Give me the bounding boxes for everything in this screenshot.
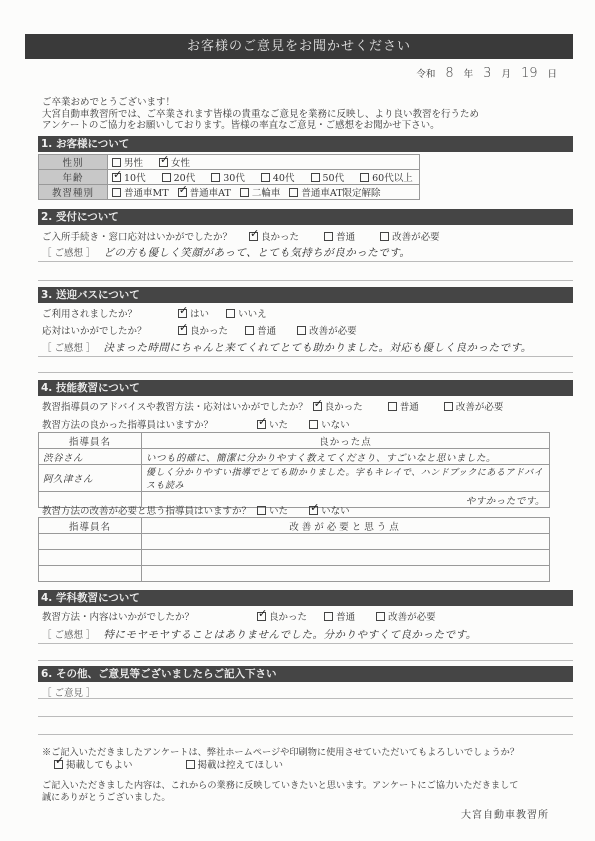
option-label: 良かった [190, 326, 228, 337]
question-text: ご入所手続き・窓口応対はいかがでしたか？ [42, 232, 232, 243]
age-50s-option[interactable]: 50代 [311, 170, 345, 184]
course-motorcycle-option[interactable]: 二輪車 [240, 185, 281, 199]
col-improve-points: 改善が必要と思う点 [142, 518, 550, 534]
option-label: はい [190, 309, 209, 320]
option-label: いない [321, 420, 350, 431]
closing-text: ご記入いただきました内容は、これからの業務に反映していきたいと思います。アンケー… [42, 780, 518, 804]
checkbox-checked[interactable] [178, 188, 187, 197]
good-point-cell[interactable]: いつも的確に、簡潔に分かりやすく教えてくださり、すごいなと思いました。 [142, 449, 550, 465]
question-text: 教習方法の改善が必要と思う指導員はいますか？ [42, 503, 254, 517]
option-label: 二輪車 [252, 188, 281, 199]
instructor-good-option[interactable]: 良かった [313, 399, 363, 413]
course-at-option[interactable]: 普通車AT [178, 185, 231, 199]
age-30s-option[interactable]: 30代 [211, 170, 245, 184]
table-row: 阿久津さん 優しく分かりやすい指導でとても助かりました。字もキレイで、ハンドブッ… [39, 465, 550, 492]
reception-comment[interactable]: ［ ご感想 ］ どの方も優しく笑顔があって、とても気持ちが良かったです。 [42, 245, 410, 260]
comment-line [38, 261, 573, 262]
good-instructor-yes-option[interactable]: いた [257, 417, 288, 431]
date-day[interactable]: 19 [515, 66, 544, 81]
checkbox[interactable] [257, 506, 266, 515]
checkbox[interactable] [186, 760, 195, 769]
checkbox-checked[interactable] [257, 612, 266, 621]
comment-line [38, 372, 573, 373]
publish-decline-option[interactable]: 掲載は控えてほしい [186, 760, 284, 772]
bus-usage-question: ご利用されましたか？ はい いいえ [42, 306, 280, 320]
checkbox[interactable] [245, 326, 254, 335]
checkbox[interactable] [309, 420, 318, 429]
option-label: 改善が必要 [392, 232, 440, 243]
question-text: 教習方法・内容はいかがでしたか？ [42, 609, 254, 623]
comment-handwritten: 特にモヤモヤすることはありませんでした。分かりやすくて良かったです。 [104, 627, 477, 642]
question-text: 教習指導員のアドバイスや教習方法・応対はいかがでしたか？ [42, 402, 308, 413]
classroom-question: 教習方法・内容はいかがでしたか？ 良かった 普通 改善が必要 [42, 609, 449, 623]
option-label: 改善が必要 [309, 326, 357, 337]
classroom-good-option[interactable]: 良かった [257, 609, 307, 623]
option-label: 改善が必要 [388, 612, 436, 623]
date-year[interactable]: 8 [439, 66, 459, 81]
checkbox-checked[interactable] [249, 232, 258, 241]
col-instructor-name: 指導員名 [39, 433, 142, 449]
table-header-row: 指導員名 良かった点 [39, 433, 550, 449]
publish-consent-question: ※ご記入いただきましたアンケートは、弊社ホームページや印刷物に使用させていただい… [42, 747, 519, 759]
option-label: いた [269, 420, 288, 431]
bus-comment[interactable]: ［ ご感想 ］ 決まった時間にちゃんと来てくれてとても助かりました。対応も優しく… [42, 340, 532, 355]
instructor-name-cell[interactable] [39, 550, 142, 566]
option-label: 普通車MT [124, 188, 169, 199]
course-type-label: 教習種別 [39, 185, 108, 200]
option-label: いない [321, 506, 350, 517]
date-era: 令和 [416, 66, 435, 80]
option-label: 普通 [257, 326, 276, 337]
age-60s-option[interactable]: 60代以上 [360, 170, 413, 184]
checkbox[interactable] [162, 173, 171, 182]
improve-instructor-question: 教習方法の改善が必要と思う指導員はいますか？ いた いない [42, 503, 363, 517]
section-shuttle-bus-header: 3. 送迎バスについて [38, 287, 573, 303]
instructor-normal-option[interactable]: 普通 [388, 399, 419, 413]
customer-info-table: 性別 男性 女性 年齢 10代 20代 30代 40代 50代 60代以上 教習… [38, 154, 420, 200]
col-good-points: 良かった点 [142, 433, 550, 449]
good-point-cell[interactable]: 優しく分かりやすい指導でとても助かりました。字もキレイで、ハンドブックにあるアド… [142, 465, 550, 492]
date-field: 令和 8 年 3 月 19 日 [416, 66, 557, 81]
checkbox[interactable] [376, 612, 385, 621]
option-label: 掲載してもよい [66, 760, 133, 771]
checkbox-checked[interactable] [178, 326, 187, 335]
improve-point-cell[interactable] [142, 550, 550, 566]
checkbox[interactable] [211, 173, 220, 182]
course-type-row: 教習種別 普通車MT 普通車AT 二輪車 普通車AT限定解除 [39, 185, 420, 200]
gender-female-option[interactable]: 女性 [159, 155, 190, 169]
section-classroom-header: 4. 学科教習について [38, 590, 573, 606]
gender-row: 性別 男性 女性 [39, 155, 420, 170]
comment-label: ［ ご感想 ］ [42, 340, 96, 354]
gender-male-option[interactable]: 男性 [112, 155, 143, 169]
reception-improve-option[interactable]: 改善が必要 [380, 229, 440, 243]
classroom-normal-option[interactable]: 普通 [324, 609, 355, 623]
option-label: 60代以上 [372, 173, 413, 184]
form-title-banner: お客様のご意見をお聞かせください [25, 34, 573, 59]
checkbox-checked[interactable] [313, 402, 322, 411]
question-text: 教習方法の良かった指導員はいますか？ [42, 417, 254, 431]
course-at-limit-release-option[interactable]: 普通車AT限定解除 [289, 185, 380, 199]
school-name: 大宮自動車教習所 [461, 806, 549, 821]
age-20s-option[interactable]: 20代 [162, 170, 196, 184]
question-text: ご利用されましたか？ [42, 306, 175, 320]
reception-question: ご入所手続き・窓口応対はいかがでしたか？ 良かった 普通 改善が必要 [42, 229, 453, 243]
good-instructor-no-option[interactable]: いない [309, 417, 350, 431]
age-row: 年齢 10代 20代 30代 40代 50代 60代以上 [39, 170, 420, 185]
table-row: 渋谷さん いつも的確に、簡潔に分かりやすく教えてくださり、すごいなと思いました。 [39, 449, 550, 465]
checkbox[interactable] [324, 612, 333, 621]
classroom-improve-option[interactable]: 改善が必要 [376, 609, 436, 623]
age-40s-option[interactable]: 40代 [261, 170, 295, 184]
comment-handwritten: 決まった時間にちゃんと来てくれてとても助かりました。対応も優しく良かったです。 [104, 340, 532, 355]
comment-label: ［ ご感想 ］ [42, 245, 96, 259]
comment-line [38, 734, 573, 735]
bus-normal-option[interactable]: 普通 [245, 323, 276, 337]
age-label: 年齢 [39, 170, 108, 185]
comment-handwritten: どの方も優しく笑顔があって、とても気持ちが良かったです。 [104, 245, 411, 260]
checkbox[interactable] [380, 232, 389, 241]
comment-line [38, 280, 573, 281]
bus-service-question: 応対はいかがでしたか？ 良かった 普通 改善が必要 [42, 323, 370, 337]
date-day-unit: 日 [547, 66, 557, 80]
intro-line-3: アンケートのご協力をお願いしております。皆様の率直なご意見・ご感想をお聞かせ下さ… [42, 120, 562, 132]
checkbox[interactable] [226, 309, 235, 318]
section-reception-header: 2. 受付について [38, 209, 573, 225]
bus-used-yes-option[interactable]: はい [178, 306, 209, 320]
option-label: 普通車AT限定解除 [301, 188, 380, 199]
option-label: 普通 [336, 612, 355, 623]
col-instructor-name: 指導員名 [39, 518, 142, 534]
option-label: 40代 [273, 173, 295, 184]
option-label: 30代 [223, 173, 245, 184]
option-label: 10代 [124, 173, 146, 184]
comment-line [38, 716, 573, 717]
option-label: 良かった [269, 612, 307, 623]
checkbox[interactable] [360, 173, 369, 182]
checkbox[interactable] [261, 173, 270, 182]
intro-line-1: ご卒業おめでとうございます！ [42, 97, 562, 109]
date-month-unit: 月 [501, 66, 511, 80]
instructor-name-cell[interactable]: 渋谷さん [39, 449, 142, 465]
option-label: 掲載は控えてほしい [198, 760, 284, 771]
checkbox[interactable] [297, 326, 306, 335]
option-label: 改善が必要 [456, 402, 504, 413]
checkbox[interactable] [444, 402, 453, 411]
table-row [39, 566, 550, 582]
improve-instructor-yes-option[interactable]: いた [257, 503, 288, 517]
section-other-header: 6. その他、ご意見等ございましたらご記入下さい [38, 666, 573, 682]
table-row [39, 534, 550, 550]
good-instructor-table: 指導員名 良かった点 渋谷さん いつも的確に、簡潔に分かりやすく教えてくださり、… [38, 432, 550, 508]
option-label: 女性 [171, 158, 190, 169]
improve-point-cell[interactable] [142, 534, 550, 550]
checkbox-checked[interactable] [309, 506, 318, 515]
checkbox[interactable] [324, 232, 333, 241]
comment-label: ［ ご意見 ］ [42, 685, 96, 699]
checkbox[interactable] [388, 402, 397, 411]
comment-line [38, 356, 573, 357]
course-mt-option[interactable]: 普通車MT [112, 185, 169, 199]
bus-used-no-option[interactable]: いいえ [226, 306, 267, 320]
checkbox[interactable] [289, 188, 298, 197]
option-label: 50代 [323, 173, 345, 184]
instructor-name-cell[interactable]: 阿久津さん [39, 465, 142, 492]
question-text: 応対はいかがでしたか？ [42, 323, 175, 337]
option-label: 普通 [336, 232, 355, 243]
option-label: 普通 [400, 402, 419, 413]
date-year-unit: 年 [464, 66, 474, 80]
option-label: 男性 [124, 158, 143, 169]
option-label: 良かった [325, 402, 363, 413]
date-month[interactable]: 3 [477, 66, 497, 81]
option-label: 良かった [261, 232, 299, 243]
comment-line [38, 698, 573, 699]
improve-instructor-no-option[interactable]: いない [309, 503, 350, 517]
checkbox-checked[interactable] [54, 760, 63, 769]
checkbox[interactable] [112, 188, 121, 197]
other-opinion-comment[interactable]: ［ ご意見 ］ [42, 685, 104, 699]
classroom-comment[interactable]: ［ ご感想 ］ 特にモヤモヤすることはありませんでした。分かりやすくて良かったで… [42, 627, 477, 642]
table-row [39, 550, 550, 566]
comment-label: ［ ご感想 ］ [42, 627, 96, 641]
checkbox-checked[interactable] [178, 309, 187, 318]
checkbox-checked[interactable] [257, 420, 266, 429]
checkbox-checked[interactable] [112, 173, 121, 182]
publish-allow-option[interactable]: 掲載してもよい [54, 760, 133, 772]
instructor-rating-question: 教習指導員のアドバイスや教習方法・応対はいかがでしたか？ 良かった 普通 改善が… [42, 399, 516, 413]
good-instructor-question: 教習方法の良かった指導員はいますか？ いた いない [42, 417, 363, 431]
improve-instructor-table: 指導員名 改善が必要と思う点 [38, 517, 550, 582]
comment-line [38, 643, 573, 644]
option-label: いた [269, 506, 288, 517]
checkbox[interactable] [112, 158, 121, 167]
publish-consent-options: 掲載してもよい 掲載は控えてほしい [54, 760, 296, 772]
instructor-name-cell[interactable] [39, 566, 142, 582]
instructor-improve-option[interactable]: 改善が必要 [444, 399, 504, 413]
gender-label: 性別 [39, 155, 108, 170]
checkbox-checked[interactable] [159, 158, 168, 167]
checkbox[interactable] [240, 188, 249, 197]
section-customer-header: 1. お客様について [38, 136, 573, 152]
comment-line [38, 660, 573, 661]
age-10s-option[interactable]: 10代 [112, 170, 146, 184]
option-label: 普通車AT [190, 188, 231, 199]
bus-improve-option[interactable]: 改善が必要 [297, 323, 357, 337]
table-header-row: 指導員名 改善が必要と思う点 [39, 518, 550, 534]
improve-point-cell[interactable] [142, 566, 550, 582]
option-label: いいえ [238, 309, 267, 320]
bus-good-option[interactable]: 良かった [178, 323, 228, 337]
closing-line-1: ご記入いただきました内容は、これからの業務に反映していきたいと思います。アンケー… [42, 780, 518, 792]
closing-line-2: 誠にありがとうございました。 [42, 792, 518, 804]
intro-text: ご卒業おめでとうございます！ 大宮自動車教習所では、ご卒業されます皆様の貴重なご… [42, 97, 562, 132]
reception-normal-option[interactable]: 普通 [324, 229, 355, 243]
intro-line-2: 大宮自動車教習所では、ご卒業されます皆様の貴重なご意見を業務に反映し、より良い教… [42, 109, 562, 121]
reception-good-option[interactable]: 良かった [249, 229, 299, 243]
section-practical-header: 4. 技能教習について [38, 380, 573, 396]
instructor-name-cell[interactable] [39, 534, 142, 550]
checkbox[interactable] [311, 173, 320, 182]
